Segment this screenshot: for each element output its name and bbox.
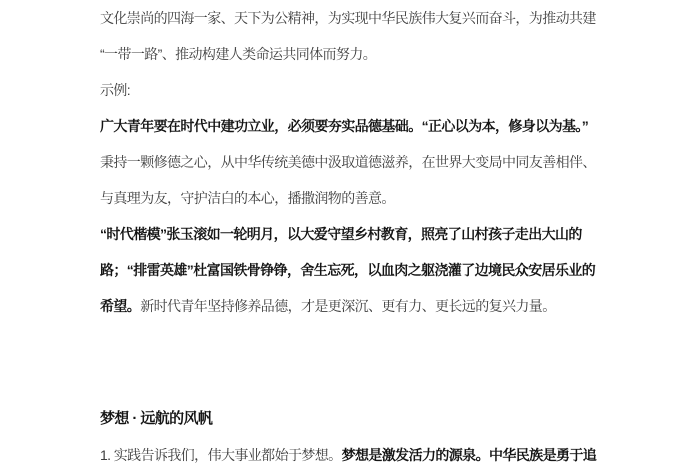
- text-run: 希望。: [100, 298, 140, 314]
- text-run: 示例:: [100, 82, 130, 98]
- example-paragraph-line-4: “时代楷模”张玉滚如一轮明月，以大爱守望乡村教育，照亮了山村孩子走出大山的: [100, 216, 660, 252]
- text-run: 秉持一颗修德之心，从中华传统美德中汲取道德滋养，在世界大变局中同友善相伴、: [100, 154, 596, 170]
- list-item-1-line-1: 1. 实践告诉我们，伟大事业都始于梦想。梦想是激发活力的源泉。中华民族是勇于追: [100, 437, 660, 470]
- paragraph-1-line-2: “一带一路”、推动构建人类命运共同体而努力。: [100, 36, 660, 72]
- text-run: 1. 实践告诉我们，伟大事业都始于梦想。: [100, 447, 342, 463]
- example-paragraph-line-3: 与真理为友，守护洁白的本心，播撒润物的善意。: [100, 180, 660, 216]
- text-run: 梦想是激发活力的源泉。中华民族是勇于追: [342, 447, 597, 463]
- example-label: 示例:: [100, 72, 660, 108]
- example-paragraph-line-1: 广大青年要在时代中建功立业，必须要夯实品德基础。“正心以为本，修身以为基。”: [100, 108, 660, 144]
- text-run: 梦想 · 远航的风帆: [100, 410, 212, 427]
- text-run: “一带一路”、推动构建人类命运共同体而努力。: [100, 46, 376, 62]
- text-run: “时代楷模”张玉滚如一轮明月，以大爱守望乡村教育，照亮了山村孩子走出大山的: [100, 226, 582, 242]
- paragraph-1-line-1: 文化崇尚的四海一家、天下为公精神，为实现中华民族伟大复兴而奋斗，为推动共建: [100, 0, 660, 36]
- text-run: 广大青年要在时代中建功立业，必须要夯实品德基础。“正心以为本，修身以为基。”: [100, 118, 588, 134]
- section-heading-dream: 梦想 · 远航的风帆: [100, 401, 660, 437]
- document-page: { "page": { "background_color": "#ffffff…: [0, 0, 700, 470]
- text-run: 文化崇尚的四海一家、天下为公精神，为实现中华民族伟大复兴而奋斗，为推动共建: [100, 10, 596, 26]
- text-run: 新时代青年坚持修养品德，才是更深沉、更有力、更长远的复兴力量。: [140, 298, 555, 314]
- document-body: 文化崇尚的四海一家、天下为公精神，为实现中华民族伟大复兴而奋斗，为推动共建“一带…: [100, 0, 660, 470]
- text-run: 与真理为友，守护洁白的本心，播撒润物的善意。: [100, 190, 395, 206]
- example-paragraph-line-2: 秉持一颗修德之心，从中华传统美德中汲取道德滋养，在世界大变局中同友善相伴、: [100, 144, 660, 180]
- example-paragraph-line-5: 路；“排雷英雄”杜富国铁骨铮铮，舍生忘死，以血肉之躯浇灌了边境民众安居乐业的: [100, 252, 660, 288]
- example-paragraph-line-6: 希望。新时代青年坚持修养品德，才是更深沉、更有力、更长远的复兴力量。: [100, 288, 660, 324]
- text-run: 路；“排雷英雄”杜富国铁骨铮铮，舍生忘死，以血肉之躯浇灌了边境民众安居乐业的: [100, 262, 595, 278]
